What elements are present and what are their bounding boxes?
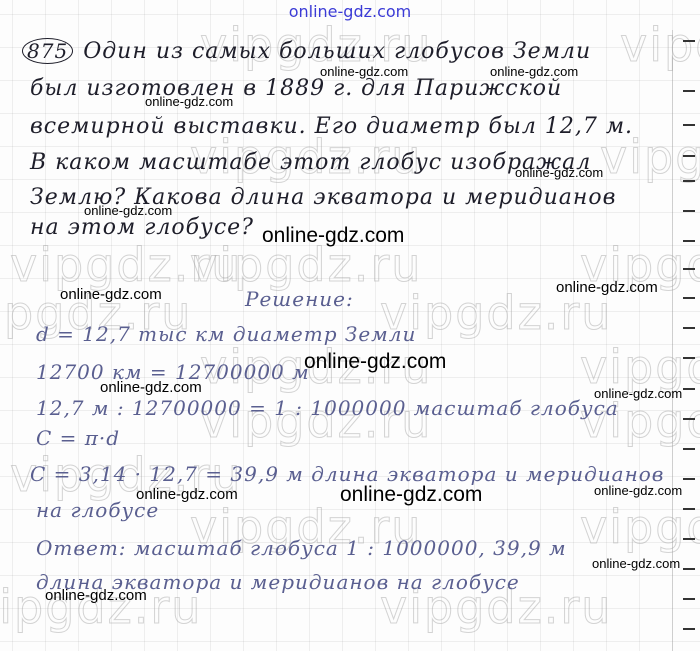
overlay-watermark: online-gdz.com [594,483,682,498]
margin-dash [683,90,695,92]
margin-dash [683,268,695,270]
overlay-watermark: online-gdz.com [515,165,603,180]
overlay-watermark: online-gdz.com [45,587,147,604]
margin-dash [683,124,695,126]
overlay-watermark: online-gdz.com [556,279,658,296]
overlay-watermark: online-gdz.com [84,203,172,218]
top-watermark: online-gdz.com [0,0,700,24]
overlay-watermark: online-gdz.com [594,386,682,401]
background-watermark: vipgdz.ru [580,500,700,554]
solution-line: C = π·d [36,426,120,450]
overlay-watermark: online-gdz.com [262,224,404,248]
margin-dash [683,478,695,480]
overlay-watermark: online-gdz.com [490,64,578,79]
solution-heading: Решение: [245,287,354,311]
margin-dash [683,538,695,540]
problem-number: 875 [22,38,73,64]
answer-line: Ответ: масштаб глобуса 1 : 1000000, 39,9… [36,536,567,560]
overlay-watermark: online-gdz.com [136,486,238,503]
problem-line: всемирной выставки. Его диаметр был 12,7… [30,114,633,139]
notebook-page: vipgdz.ru vipgdz.ru vipgdz.ru vipgdz.ru … [0,0,700,651]
background-watermark: vipgdz.ru [620,18,700,72]
problem-line: 875Один из самых больших глобусов Земли [22,38,591,64]
margin-dash [683,40,695,42]
margin-dash [683,568,695,570]
problem-line: был изготовлен в 1889 г. для Парижской [30,76,562,101]
overlay-watermark: online-gdz.com [145,94,233,109]
margin-dash [683,240,695,242]
overlay-watermark: online-gdz.com [320,64,408,79]
overlay-watermark: online-gdz.com [592,556,680,571]
margin-dash [683,210,695,212]
margin-dash [683,327,695,329]
overlay-watermark: online-gdz.com [60,286,162,303]
margin-dash [683,598,695,600]
solution-line: 12,7 м : 12700000 = 1 : 1000000 масштаб … [36,396,619,420]
problem-line: В каком масштабе этот глобус изображал [30,150,591,175]
solution-line: d = 12,7 тыс км диаметр Земли [36,322,416,346]
problem-line: на этом глобусе? [30,215,254,240]
margin-dash [683,297,695,299]
margin-dash [683,418,695,420]
overlay-watermark: online-gdz.com [304,350,446,374]
margin-dash [683,357,695,359]
overlay-watermark: online-gdz.com [340,483,482,507]
margin-dash [683,388,695,390]
margin-dash [683,628,695,630]
overlay-watermark: online-gdz.com [100,379,202,396]
margin-dash [683,508,695,510]
margin-dash [683,448,695,450]
margin-dash [683,180,695,182]
margin-dash [683,155,695,157]
